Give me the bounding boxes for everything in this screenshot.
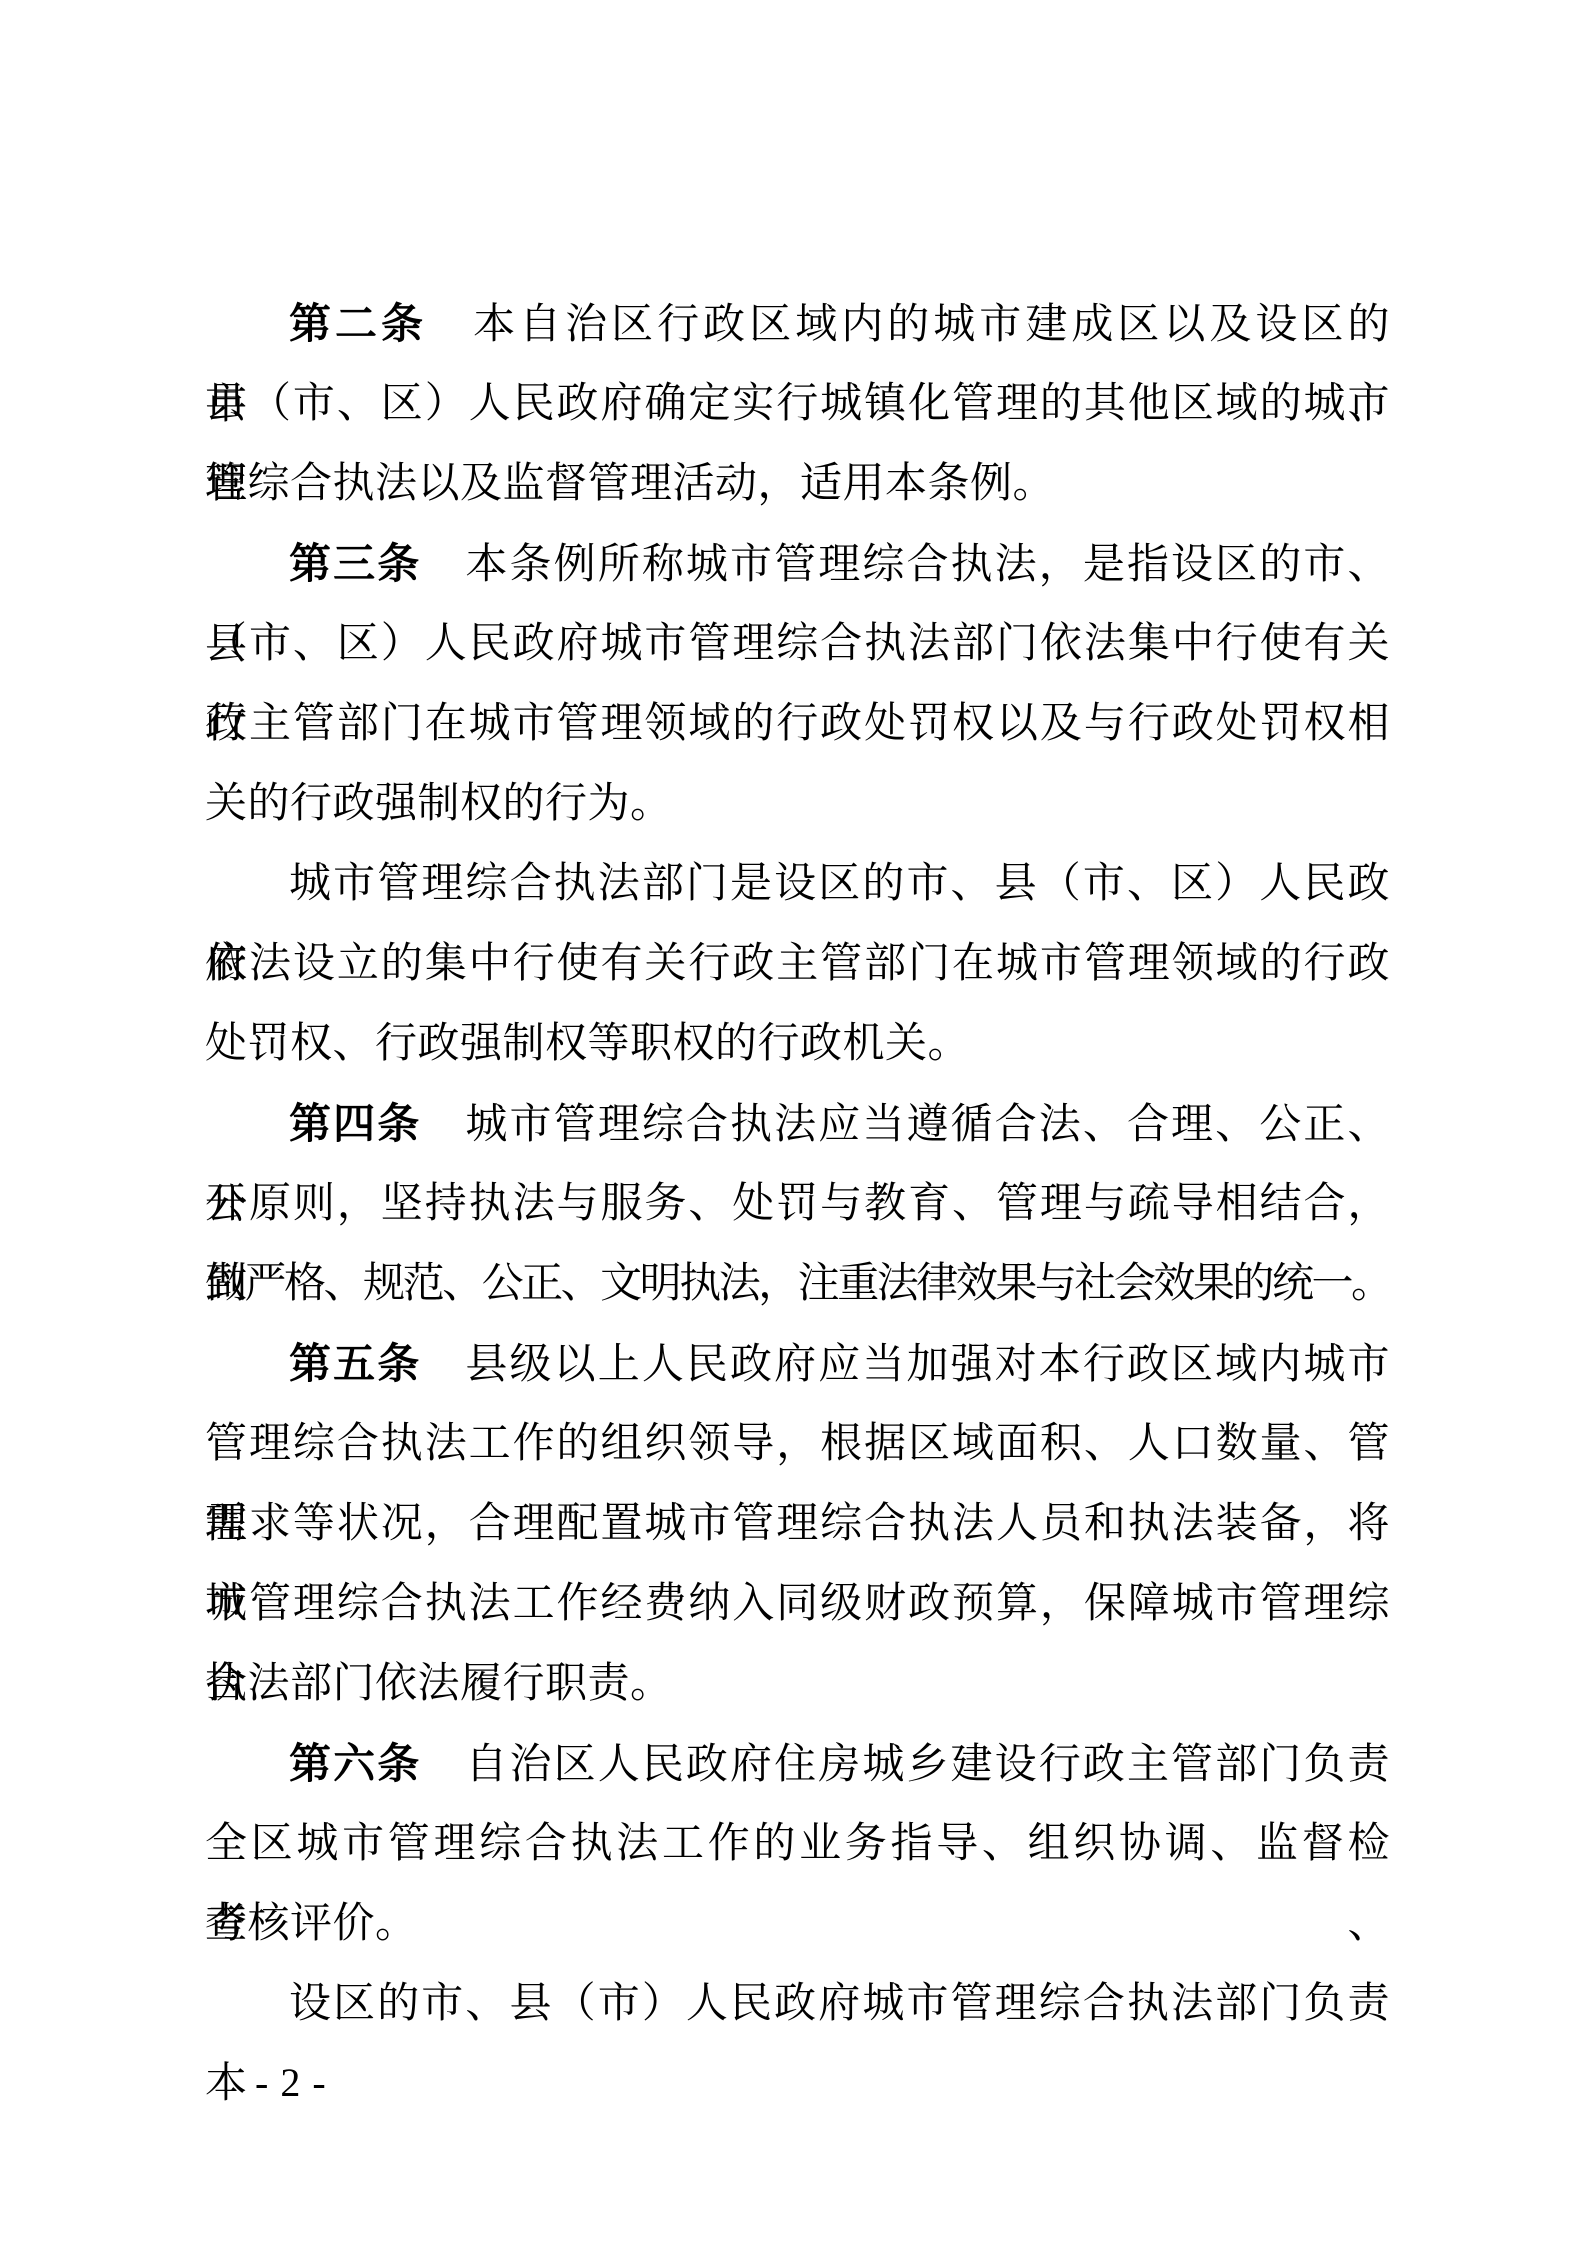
text-line: 市管理综合执法工作经费纳入同级财政预算，保障城市管理综合 — [205, 1564, 1390, 1644]
text-line: 依法设立的集中行使有关行政主管部门在城市管理领域的行政 — [205, 924, 1390, 1004]
text-segment: 处罚权、行政强制权等职权的行政机关。 — [205, 1021, 970, 1067]
article-number: 第六条 — [289, 1740, 421, 1787]
document-body: 第二条 本自治区行政区域内的城市建成区以及设区的市、县（市、区）人民政府确定实行… — [205, 284, 1390, 2044]
article-number: 第二条 — [289, 300, 427, 347]
text-line: 第三条 本条例所称城市管理综合执法，是指设区的市、县 — [205, 524, 1390, 604]
page-number: - 2 - — [255, 2063, 327, 2103]
text-segment: 关的行政强制权的行为。 — [205, 781, 673, 827]
text-segment: 自治区人民政府住房城乡建设行政主管部门负责 — [421, 1742, 1390, 1788]
text-line: 设区的市、县（市）人民政府城市管理综合执法部门负责本 — [205, 1964, 1390, 2044]
text-segment: 执法部门依法履行职责。 — [205, 1661, 673, 1707]
text-line: （市、区）人民政府城市管理综合执法部门依法集中行使有关行 — [205, 604, 1390, 684]
text-segment: 理综合执法以及监督管理活动，适用本条例。 — [205, 461, 1055, 507]
article-number: 第三条 — [289, 540, 421, 587]
text-line: 第五条 县级以上人民政府应当加强对本行政区域内城市 — [205, 1324, 1390, 1404]
text-line: 到严格、规范、公正、文明执法，注重法律效果与社会效果的统一。 — [205, 1244, 1390, 1324]
text-segment: 县级以上人民政府应当加强对本行政区域内城市 — [421, 1342, 1390, 1388]
text-line: 执法部门依法履行职责。 — [205, 1644, 1390, 1724]
text-line: 政主管部门在城市管理领域的行政处罚权以及与行政处罚权相 — [205, 684, 1390, 764]
text-line: 开原则，坚持执法与服务、处罚与教育、管理与疏导相结合，做 — [205, 1164, 1390, 1244]
text-segment: 到严格、规范、公正、文明执法，注重法律效果与社会效果的统一。 — [205, 1261, 1390, 1307]
text-line: 第四条 城市管理综合执法应当遵循合法、合理、公正、公 — [205, 1084, 1390, 1164]
text-segment: 考核评价。 — [205, 1901, 418, 1947]
text-segment: 依法设立的集中行使有关行政主管部门在城市管理领域的行政 — [205, 941, 1390, 987]
text-line: 关的行政强制权的行为。 — [205, 764, 1390, 844]
text-line: 管理综合执法工作的组织领导，根据区域面积、人口数量、管理 — [205, 1404, 1390, 1484]
text-line: 需求等状况，合理配置城市管理综合执法人员和执法装备，将城 — [205, 1484, 1390, 1564]
text-segment: 设区的市、县（市）人民政府城市管理综合执法部门负责本 — [205, 1981, 1390, 2107]
text-line: 处罚权、行政强制权等职权的行政机关。 — [205, 1004, 1390, 1084]
text-line: 第六条 自治区人民政府住房城乡建设行政主管部门负责 — [205, 1724, 1390, 1804]
text-line: 县（市、区）人民政府确定实行城镇化管理的其他区域的城市管 — [205, 364, 1390, 444]
article-number: 第五条 — [289, 1340, 421, 1387]
text-line: 理综合执法以及监督管理活动，适用本条例。 — [205, 444, 1390, 524]
text-segment: 政主管部门在城市管理领域的行政处罚权以及与行政处罚权相 — [205, 701, 1390, 747]
text-line: 全区城市管理综合执法工作的业务指导、组织协调、监督检查、 — [205, 1804, 1390, 1884]
document-page: 第二条 本自治区行政区域内的城市建成区以及设区的市、县（市、区）人民政府确定实行… — [0, 0, 1587, 2245]
text-line: 第二条 本自治区行政区域内的城市建成区以及设区的市、 — [205, 284, 1390, 364]
text-line: 城市管理综合执法部门是设区的市、县（市、区）人民政府 — [205, 844, 1390, 924]
article-number: 第四条 — [289, 1100, 421, 1147]
